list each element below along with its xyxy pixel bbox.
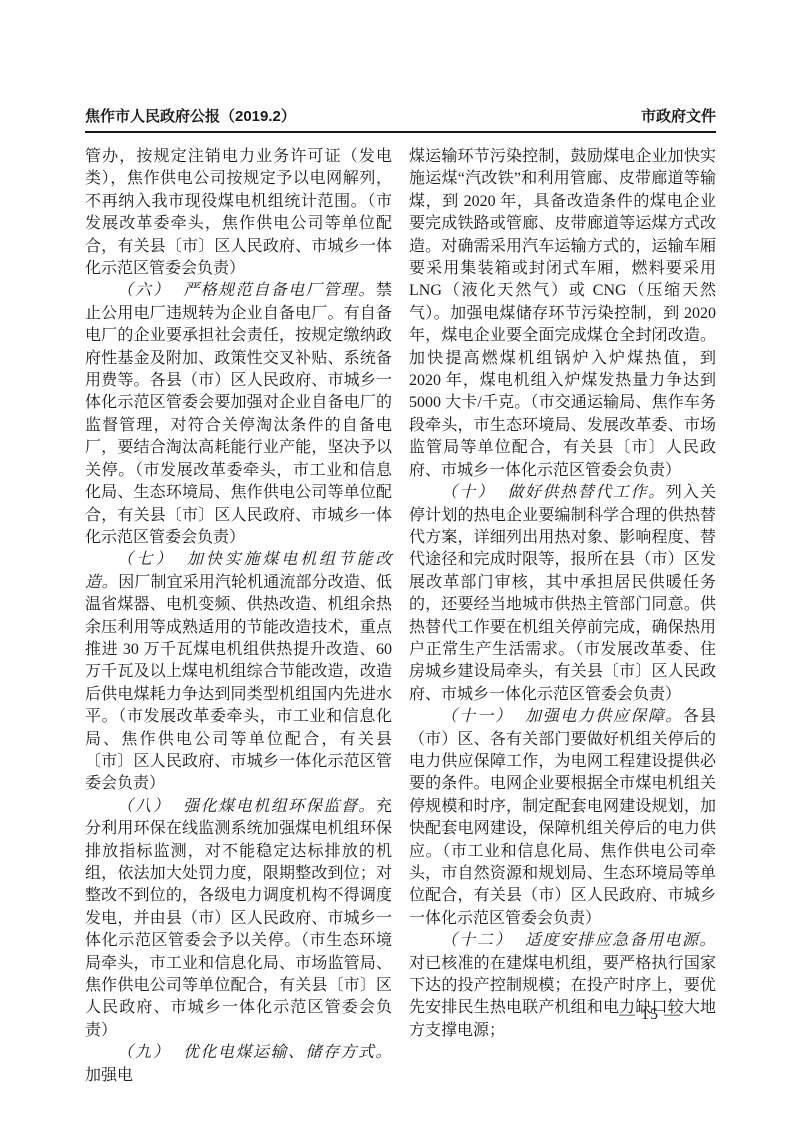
item-title: 做好供热替代工作。	[507, 484, 665, 501]
paragraph-item-7: （七）加快实施煤电机组节能改造。因厂制宜采用汽轮机通流部分改造、低温省煤器、电机…	[85, 549, 392, 795]
gazette-page: 焦作市人民政府公报（2019.2） 市政府文件 管办，按规定注销电力业务许可证（…	[0, 0, 793, 1122]
paragraph-text: 煤运输环节污染控制，鼓励煤电企业加快实施运煤“汽改铁”和利用管廊、皮带廊道等输煤…	[409, 148, 716, 479]
paragraph-text: 充分利用环保在线监测系统加强煤电机组环保排放指标监测，对不能稳定达标排放的机组，…	[85, 798, 392, 1039]
paragraph-item-11: （十一）加强电力供应保障。各县（市）区、各有关部门要做好机组关停后的电力供应保障…	[409, 706, 716, 930]
paragraph-item-12: （十二）适度安排应急备用电源。对已核准的在建煤电机组，要严格执行国家下达的投产控…	[409, 930, 716, 1042]
paragraph-text: 各县（市）区、各有关部门要做好机组关停后的电力供应保障工作，为电网工程建设提供必…	[409, 708, 716, 927]
document-body: 管办，按规定注销电力业务许可证（发电类），焦作供电公司按规定予以电网解列，不再纳…	[85, 146, 716, 1087]
item-number: （七）	[117, 551, 175, 568]
item-title: 适度安排应急备用电源。	[525, 932, 716, 949]
paragraph-item-8: （八）强化煤电机组环保监督。充分利用环保在线监测系统加强煤电机组环保排放指标监测…	[85, 796, 392, 1042]
paragraph-continuation: 煤运输环节污染控制，鼓励煤电企业加快实施运煤“汽改铁”和利用管廊、皮带廊道等输煤…	[409, 146, 716, 482]
page-header: 焦作市人民政府公报（2019.2） 市政府文件	[85, 107, 716, 133]
item-title: 加强电力供应保障。	[525, 708, 683, 725]
paragraph-item-10: （十）做好供热替代工作。列入关停计划的热电企业要编制科学合理的供热替代方案，详细…	[409, 482, 716, 706]
header-gazette-title: 焦作市人民政府公报（2019.2）	[85, 107, 296, 126]
item-title: 强化煤电机组环保监督。	[183, 798, 376, 815]
item-title: 严格规范自备电厂管理。	[183, 282, 376, 299]
paragraph-text: 加强电	[85, 1067, 133, 1084]
paragraph-item-6: （六）严格规范自备电厂管理。禁止公用电厂违规转为企业自备电厂。有自备电厂的企业要…	[85, 280, 392, 549]
paragraph-text: 管办，按规定注销电力业务许可证（发电类），焦作供电公司按规定予以电网解列，不再纳…	[85, 148, 392, 277]
page-number: — 15 —	[600, 1006, 700, 1024]
paragraph-text: 列入关停计划的热电企业要编制科学合理的供热替代方案，详细列出用热对象、影响程度、…	[409, 484, 716, 703]
item-number: （十一）	[441, 708, 513, 725]
item-number: （十）	[441, 484, 495, 501]
header-section-label: 市政府文件	[641, 107, 716, 126]
right-column: 煤运输环节污染控制，鼓励煤电企业加快实施运煤“汽改铁”和利用管廊、皮带廊道等输煤…	[409, 146, 716, 1087]
paragraph-continuation: 管办，按规定注销电力业务许可证（发电类），焦作供电公司按规定予以电网解列，不再纳…	[85, 146, 392, 280]
paragraph-text: 因厂制宜采用汽轮机通流部分改造、低温省煤器、电机变频、供热改造、机组余热余压利用…	[85, 574, 392, 793]
paragraph-text: 禁止公用电厂违规转为企业自备电厂。有自备电厂的企业要承担社会责任，按规定缴纳政府…	[85, 282, 392, 545]
item-number: （八）	[117, 798, 171, 815]
item-title: 优化电煤运输、储存方式。	[183, 1044, 392, 1061]
paragraph-item-9: （九）优化电煤运输、储存方式。加强电	[85, 1042, 392, 1087]
paragraph-text: 对已核准的在建煤电机组，要严格执行国家下达的投产控制规模；在投产时序上，要优先安…	[409, 955, 716, 1039]
item-number: （十二）	[441, 932, 513, 949]
item-number: （九）	[117, 1044, 171, 1061]
item-number: （六）	[117, 282, 171, 299]
left-column: 管办，按规定注销电力业务许可证（发电类），焦作供电公司按规定予以电网解列，不再纳…	[85, 146, 392, 1087]
